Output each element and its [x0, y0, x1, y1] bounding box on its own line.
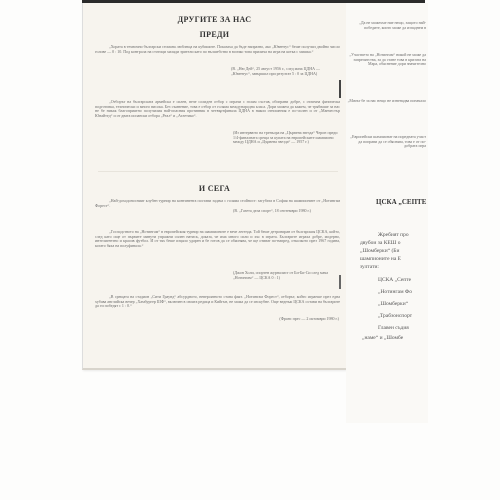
- staple-mark: [339, 80, 341, 98]
- right-body-line: зултати:: [360, 263, 428, 271]
- quote-source: (Джон Холи, спортен журналист от Би-Би-С…: [233, 271, 339, 280]
- section-divider: [98, 171, 338, 172]
- quote-text: „Хората в технично български стомана люб…: [95, 45, 340, 54]
- right-quote: „Мачът бе за нас нещо не изненадва понач…: [346, 99, 426, 104]
- right-team: Главен съдия: [378, 324, 428, 332]
- quote-source: (В. „Ню Дей“, 25 август 1956 г., след ма…: [231, 67, 339, 76]
- right-team: „Шомберки“: [378, 300, 428, 308]
- right-team: „Нотингам Фо: [378, 288, 428, 296]
- right-body-line: Жребият про: [378, 231, 428, 239]
- right-body-line: „Шомберки“ (Би: [360, 247, 428, 255]
- right-heading: ЦСКА „СЕПТЕ: [376, 198, 426, 206]
- right-team: ЦСКА „Септе: [378, 276, 428, 284]
- section-title-now: И СЕГА: [83, 184, 346, 193]
- quote-text: „Отборът на българската армейска е силен…: [95, 100, 340, 118]
- right-page: „Да не можехме ние нещо, защото най-побе…: [346, 3, 428, 423]
- right-body-line: двубои за КЕШ о: [360, 239, 428, 247]
- right-quote: „Да не можехме ние нещо, защото най-побе…: [346, 21, 426, 30]
- quote-text: „Най-доходоносният клубен турнир на конт…: [95, 199, 340, 208]
- right-team: „Трабзонспорт: [378, 312, 428, 320]
- left-page: ДРУГИТЕ ЗА НАС ПРЕДИ „Хората в технично …: [82, 3, 346, 370]
- right-body-line: шампионите на Е: [360, 255, 428, 263]
- section-title-before: ПРЕДИ: [83, 30, 346, 39]
- quote-source: (Франс прес — 2 октомври 1980 г.): [233, 317, 339, 322]
- quote-source: (Из интервюто на треньора на „Цървена зв…: [233, 131, 339, 145]
- staple-mark: [339, 275, 341, 289]
- right-quote: „Европейски шампионат на поредната участ…: [346, 135, 426, 149]
- page-title: ДРУГИТЕ ЗА НАС: [83, 15, 346, 24]
- right-team: „наме“ и „Шомбе: [362, 334, 428, 342]
- right-quote: „Участието на „Нотингам“ никой не може д…: [346, 53, 426, 67]
- quote-source: (В. „Газета дела спорт“, 18 септември 19…: [233, 209, 339, 214]
- quote-text: „Господството на „Нотингам“ в европейски…: [95, 230, 340, 248]
- quote-text: „В срещата на стадион „Сити Граунд“ абсу…: [95, 295, 340, 309]
